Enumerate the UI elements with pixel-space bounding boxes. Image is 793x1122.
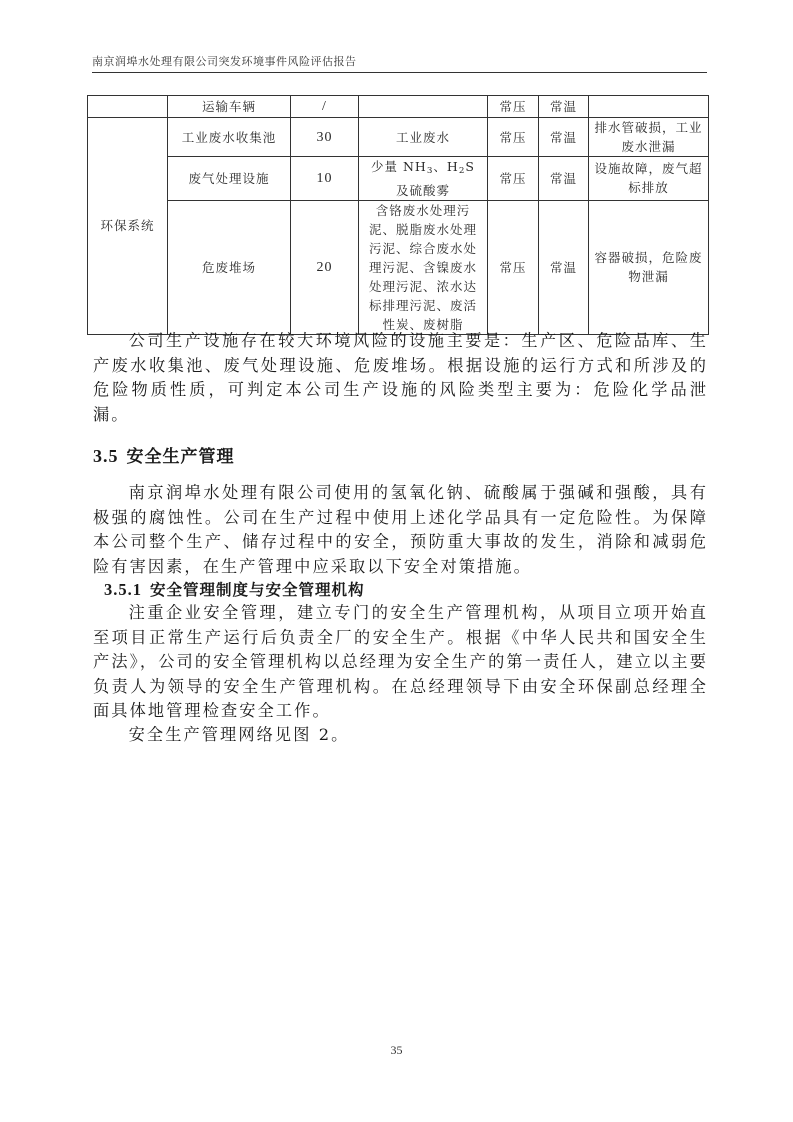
quantity-cell: 10 <box>291 157 359 201</box>
table-row: 废气处理设施 10 少量 NH3、H2S 及硫酸雾 常压 常温 设施故障，废气超… <box>88 157 709 201</box>
substance-text: 少量 NH <box>371 159 427 174</box>
section-title: 安全管理制度与安全管理机构 <box>150 581 365 599</box>
pressure-cell: 常压 <box>488 96 539 118</box>
section-number: 3.5.1 <box>104 580 142 599</box>
section-title: 安全生产管理 <box>127 447 235 467</box>
substance-cell: 少量 NH3、H2S 及硫酸雾 <box>359 157 488 201</box>
section-heading-3-5-1: 3.5.1安全管理制度与安全管理机构 <box>104 578 365 600</box>
substance-cell <box>359 96 488 118</box>
risk-cell: 设施故障，废气超标排放 <box>589 157 709 201</box>
temperature-cell: 常温 <box>539 118 589 157</box>
page-header: 南京润埠水处理有限公司突发环境事件风险评估报告 <box>92 55 707 73</box>
risk-cell: 排水管破损，工业废水泄漏 <box>589 118 709 157</box>
system-cell <box>88 96 168 118</box>
pressure-cell: 常压 <box>488 157 539 201</box>
facility-cell: 废气处理设施 <box>168 157 291 201</box>
paragraph-safety-organization: 注重企业安全管理，建立专门的安全生产管理机构，从项目立项开始直至项目正常生产运行… <box>93 601 708 724</box>
quantity-cell: / <box>291 96 359 118</box>
risk-cell <box>589 96 709 118</box>
system-cell: 环保系统 <box>88 118 168 335</box>
paragraph-figure-reference: 安全生产管理网络见图 2。 <box>93 723 708 748</box>
temperature-cell: 常温 <box>539 200 589 334</box>
pressure-cell: 常压 <box>488 118 539 157</box>
paragraph-safety-intro: 南京润埠水处理有限公司使用的氢氧化钠、硫酸属于强碱和强酸，具有极强的腐蚀性。公司… <box>93 481 708 579</box>
table-row: 环保系统 工业废水收集池 30 工业废水 常压 常温 排水管破损，工业废水泄漏 <box>88 118 709 157</box>
section-heading-3-5: 3.5安全生产管理 <box>93 442 235 467</box>
substance-cell: 工业废水 <box>359 118 488 157</box>
pressure-cell: 常压 <box>488 200 539 334</box>
table-row: 运输车辆 / 常压 常温 <box>88 96 709 118</box>
temperature-cell: 常温 <box>539 157 589 201</box>
page-number: 35 <box>0 1043 793 1058</box>
temperature-cell: 常温 <box>539 96 589 118</box>
facility-risk-table: 运输车辆 / 常压 常温 环保系统 工业废水收集池 30 工业废水 常压 常温 … <box>87 95 709 335</box>
risk-cell: 容器破损，危险废物泄漏 <box>589 200 709 334</box>
paragraph-risk-summary: 公司生产设施存在较大环境风险的设施主要是：生产区、危险品库、生产废水收集池、废气… <box>93 329 708 427</box>
facility-cell: 运输车辆 <box>168 96 291 118</box>
report-title: 南京润埠水处理有限公司突发环境事件风险评估报告 <box>92 55 357 68</box>
facility-cell: 工业废水收集池 <box>168 118 291 157</box>
table-row: 危废堆场 20 含铬废水处理污泥、脱脂废水处理污泥、综合废水处理污泥、含镍废水处… <box>88 200 709 334</box>
quantity-cell: 20 <box>291 200 359 334</box>
section-number: 3.5 <box>93 446 119 466</box>
substance-text: 、H <box>433 159 458 174</box>
facility-cell: 危废堆场 <box>168 200 291 334</box>
substance-cell: 含铬废水处理污泥、脱脂废水处理污泥、综合废水处理污泥、含镍废水处理污泥、浓水达标… <box>359 200 488 334</box>
quantity-cell: 30 <box>291 118 359 157</box>
